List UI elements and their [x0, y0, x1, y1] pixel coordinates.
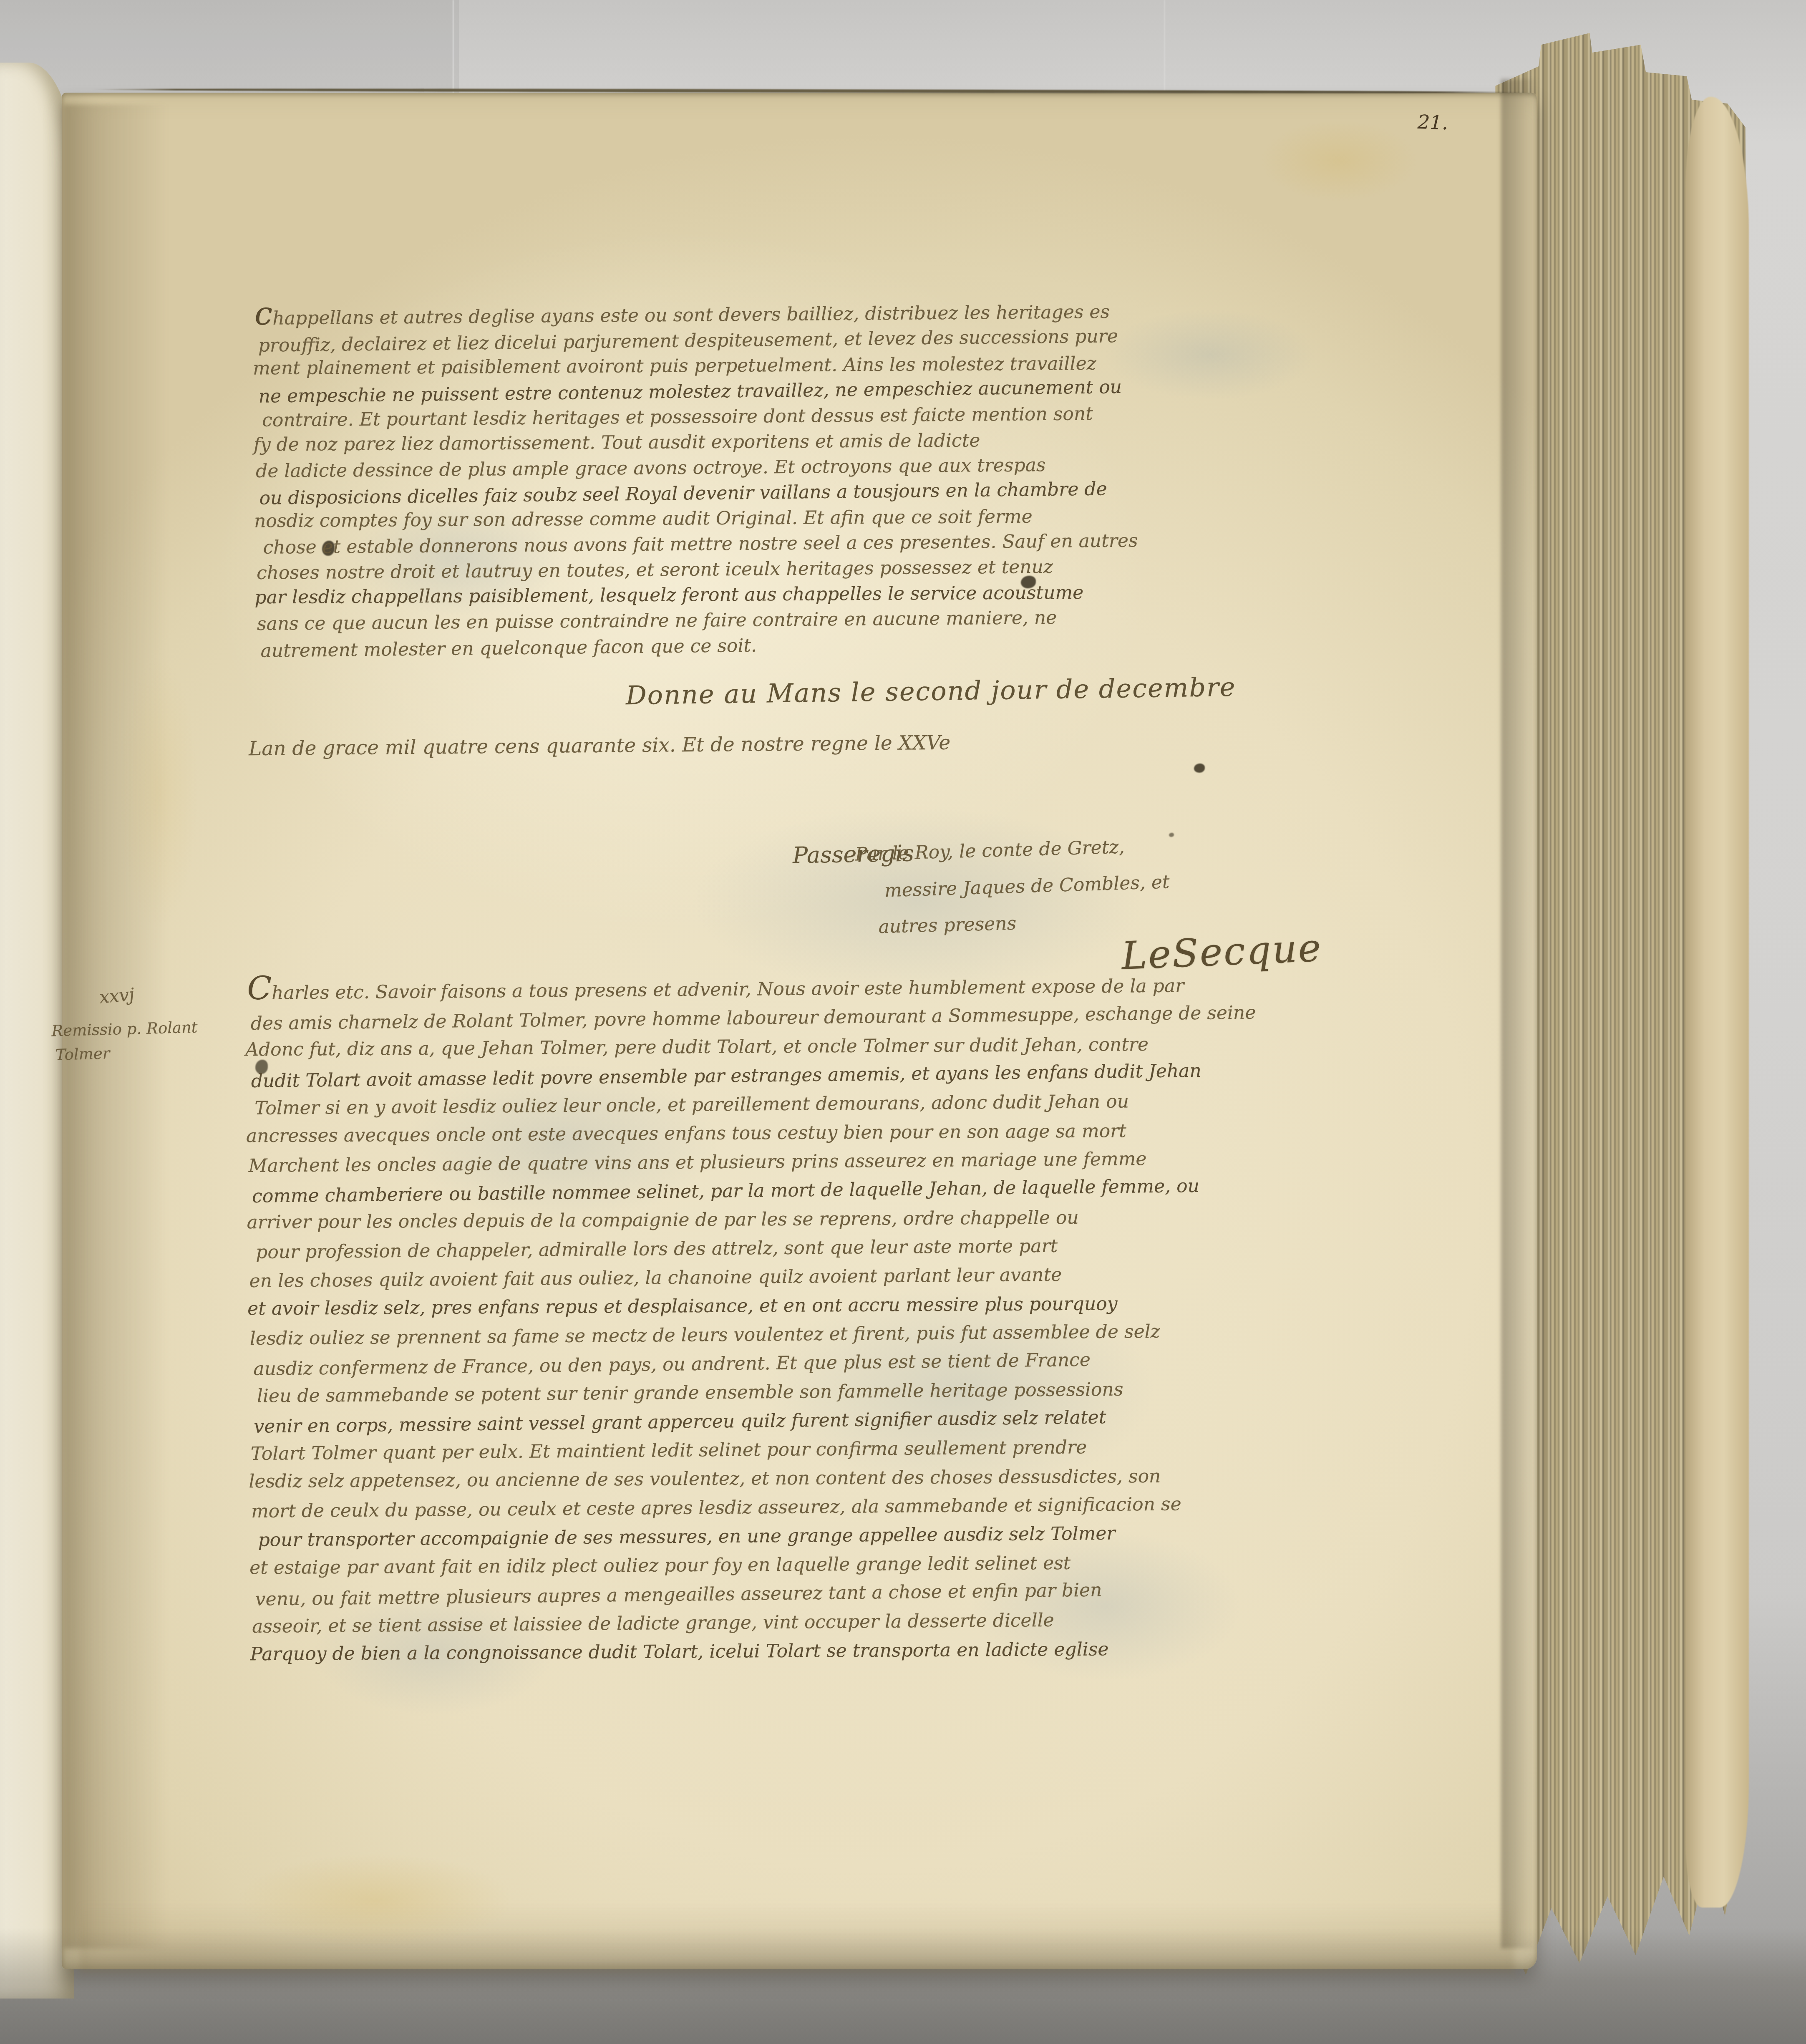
manuscript-text-line: Tolmer [55, 1039, 202, 1067]
page-edge-gutter-shadow [1501, 79, 1539, 1948]
parchment-stain [1231, 104, 1448, 217]
quire-mark: xxvj [98, 984, 135, 1007]
ink-blot [1169, 833, 1174, 837]
act1-text-block: chappellans et autres deglise ayans este… [254, 298, 1292, 662]
outermost-leaf-edge [1685, 97, 1749, 1908]
margin-note: Remissio p. RolantTolmer [51, 1015, 199, 1066]
authorization-note: Par le Roy, le conte de Gretz,messire Ja… [854, 828, 1168, 947]
parchment-stain [184, 1836, 567, 1965]
act2-text-block: Charles etc. Savoir faisons a tous prese… [247, 970, 1312, 1670]
manuscript-text-line: et avoir lesdiz selz, pres enfans repus … [247, 1288, 1307, 1323]
manuscript-text-line: ancresses avecques oncle ont este avecqu… [246, 1116, 1306, 1151]
photograph-of-manuscript-register: 21. chappellans et autres deglise ayans … [0, 0, 1806, 2044]
parchment-stain [104, 605, 213, 980]
folio-number: 21. [1417, 111, 1448, 134]
ink-blot [1194, 764, 1205, 773]
manuscript-text-line: lesdiz selz appetensez, ou ancienne de s… [249, 1461, 1308, 1496]
manuscript-text-line: Parquoy de bien a la congnoissance dudit… [250, 1634, 1310, 1669]
manuscript-text-line: Remissio p. Rolant [51, 1015, 198, 1043]
